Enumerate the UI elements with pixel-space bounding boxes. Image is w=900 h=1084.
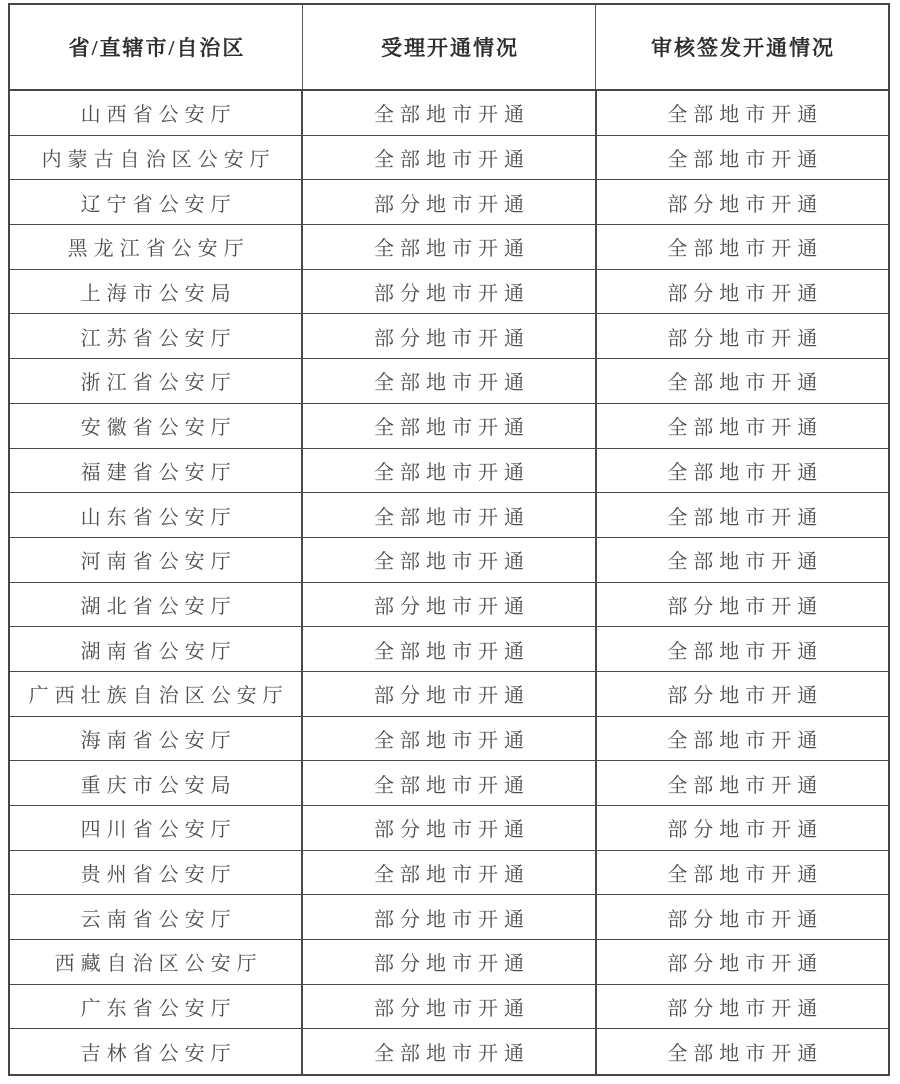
cell-province: 内蒙古自治区公安厅 [10, 136, 303, 180]
cell-accept-status: 全部地市开通 [303, 627, 596, 671]
cell-province: 浙江省公安厅 [10, 359, 303, 403]
table-row: 贵州省公安厅全部地市开通全部地市开通 [10, 851, 888, 896]
table-row: 内蒙古自治区公安厅全部地市开通全部地市开通 [10, 136, 888, 181]
cell-review-status: 全部地市开通 [597, 761, 888, 805]
table-row: 河南省公安厅全部地市开通全部地市开通 [10, 538, 888, 583]
table-row: 福建省公安厅全部地市开通全部地市开通 [10, 449, 888, 494]
cell-accept-status: 全部地市开通 [303, 225, 596, 269]
cell-review-status: 全部地市开通 [597, 538, 888, 582]
table-row: 安徽省公安厅全部地市开通全部地市开通 [10, 404, 888, 449]
cell-province: 上海市公安局 [10, 270, 303, 314]
cell-province: 贵州省公安厅 [10, 851, 303, 895]
cell-accept-status: 全部地市开通 [303, 493, 596, 537]
cell-province: 江苏省公安厅 [10, 314, 303, 358]
cell-review-status: 全部地市开通 [597, 1029, 888, 1074]
cell-accept-status: 部分地市开通 [303, 270, 596, 314]
cell-accept-status: 全部地市开通 [303, 359, 596, 403]
cell-accept-status: 部分地市开通 [303, 985, 596, 1029]
table-row: 云南省公安厅部分地市开通部分地市开通 [10, 895, 888, 940]
cell-review-status: 全部地市开通 [597, 136, 888, 180]
table-row: 黑龙江省公安厅全部地市开通全部地市开通 [10, 225, 888, 270]
table-row: 重庆市公安局全部地市开通全部地市开通 [10, 761, 888, 806]
cell-province: 云南省公安厅 [10, 895, 303, 939]
cell-province: 重庆市公安局 [10, 761, 303, 805]
cell-accept-status: 全部地市开通 [303, 717, 596, 761]
table-row: 浙江省公安厅全部地市开通全部地市开通 [10, 359, 888, 404]
cell-review-status: 部分地市开通 [597, 806, 888, 850]
cell-province: 辽宁省公安厅 [10, 180, 303, 224]
table-row: 江苏省公安厅部分地市开通部分地市开通 [10, 314, 888, 359]
cell-province: 海南省公安厅 [10, 717, 303, 761]
cell-province: 山西省公安厅 [10, 91, 303, 135]
cell-province: 四川省公安厅 [10, 806, 303, 850]
cell-province: 安徽省公安厅 [10, 404, 303, 448]
cell-province: 黑龙江省公安厅 [10, 225, 303, 269]
document-page: 省/直辖市/自治区 受理开通情况 审核签发开通情况 山西省公安厅全部地市开通全部… [0, 0, 900, 1084]
table-row: 湖北省公安厅部分地市开通部分地市开通 [10, 583, 888, 628]
cell-review-status: 部分地市开通 [597, 314, 888, 358]
cell-accept-status: 部分地市开通 [303, 180, 596, 224]
cell-review-status: 全部地市开通 [597, 449, 888, 493]
column-header-province: 省/直辖市/自治区 [10, 5, 303, 89]
table-row: 辽宁省公安厅部分地市开通部分地市开通 [10, 180, 888, 225]
cell-review-status: 部分地市开通 [597, 583, 888, 627]
cell-province: 西藏自治区公安厅 [10, 940, 303, 984]
cell-review-status: 部分地市开通 [597, 672, 888, 716]
cell-review-status: 全部地市开通 [597, 851, 888, 895]
table-row: 四川省公安厅部分地市开通部分地市开通 [10, 806, 888, 851]
cell-province: 山东省公安厅 [10, 493, 303, 537]
cell-review-status: 全部地市开通 [597, 225, 888, 269]
cell-review-status: 部分地市开通 [597, 180, 888, 224]
cell-accept-status: 部分地市开通 [303, 314, 596, 358]
table-row: 广西壮族自治区公安厅部分地市开通部分地市开通 [10, 672, 888, 717]
table-row: 湖南省公安厅全部地市开通全部地市开通 [10, 627, 888, 672]
table-row: 山西省公安厅全部地市开通全部地市开通 [10, 91, 888, 136]
cell-province: 福建省公安厅 [10, 449, 303, 493]
cell-accept-status: 全部地市开通 [303, 1029, 596, 1074]
cell-review-status: 部分地市开通 [597, 940, 888, 984]
cell-accept-status: 全部地市开通 [303, 136, 596, 180]
table-row: 西藏自治区公安厅部分地市开通部分地市开通 [10, 940, 888, 985]
cell-review-status: 全部地市开通 [597, 404, 888, 448]
column-header-accept-status: 受理开通情况 [303, 5, 596, 89]
cell-accept-status: 全部地市开通 [303, 538, 596, 582]
cell-review-status: 部分地市开通 [597, 985, 888, 1029]
cell-review-status: 部分地市开通 [597, 270, 888, 314]
table-row: 吉林省公安厅全部地市开通全部地市开通 [10, 1029, 888, 1074]
cell-accept-status: 部分地市开通 [303, 895, 596, 939]
cell-review-status: 全部地市开通 [597, 359, 888, 403]
cell-province: 湖南省公安厅 [10, 627, 303, 671]
table-row: 上海市公安局部分地市开通部分地市开通 [10, 270, 888, 315]
table-body: 山西省公安厅全部地市开通全部地市开通内蒙古自治区公安厅全部地市开通全部地市开通辽… [10, 91, 888, 1074]
table-row: 海南省公安厅全部地市开通全部地市开通 [10, 717, 888, 762]
cell-accept-status: 全部地市开通 [303, 851, 596, 895]
cell-province: 吉林省公安厅 [10, 1029, 303, 1074]
cell-review-status: 全部地市开通 [597, 91, 888, 135]
cell-province: 广东省公安厅 [10, 985, 303, 1029]
cell-accept-status: 部分地市开通 [303, 940, 596, 984]
column-header-review-status: 审核签发开通情况 [596, 5, 888, 89]
table-header-row: 省/直辖市/自治区 受理开通情况 审核签发开通情况 [10, 5, 888, 91]
cell-accept-status: 部分地市开通 [303, 806, 596, 850]
cell-review-status: 全部地市开通 [597, 627, 888, 671]
cell-review-status: 全部地市开通 [597, 717, 888, 761]
cell-review-status: 部分地市开通 [597, 895, 888, 939]
cell-province: 广西壮族自治区公安厅 [10, 672, 303, 716]
cell-accept-status: 全部地市开通 [303, 761, 596, 805]
cell-accept-status: 全部地市开通 [303, 449, 596, 493]
cell-accept-status: 全部地市开通 [303, 404, 596, 448]
table-row: 广东省公安厅部分地市开通部分地市开通 [10, 985, 888, 1030]
cell-review-status: 全部地市开通 [597, 493, 888, 537]
province-status-table: 省/直辖市/自治区 受理开通情况 审核签发开通情况 山西省公安厅全部地市开通全部… [8, 3, 890, 1076]
cell-province: 河南省公安厅 [10, 538, 303, 582]
cell-province: 湖北省公安厅 [10, 583, 303, 627]
cell-accept-status: 全部地市开通 [303, 91, 596, 135]
cell-accept-status: 部分地市开通 [303, 583, 596, 627]
cell-accept-status: 部分地市开通 [303, 672, 596, 716]
table-row: 山东省公安厅全部地市开通全部地市开通 [10, 493, 888, 538]
